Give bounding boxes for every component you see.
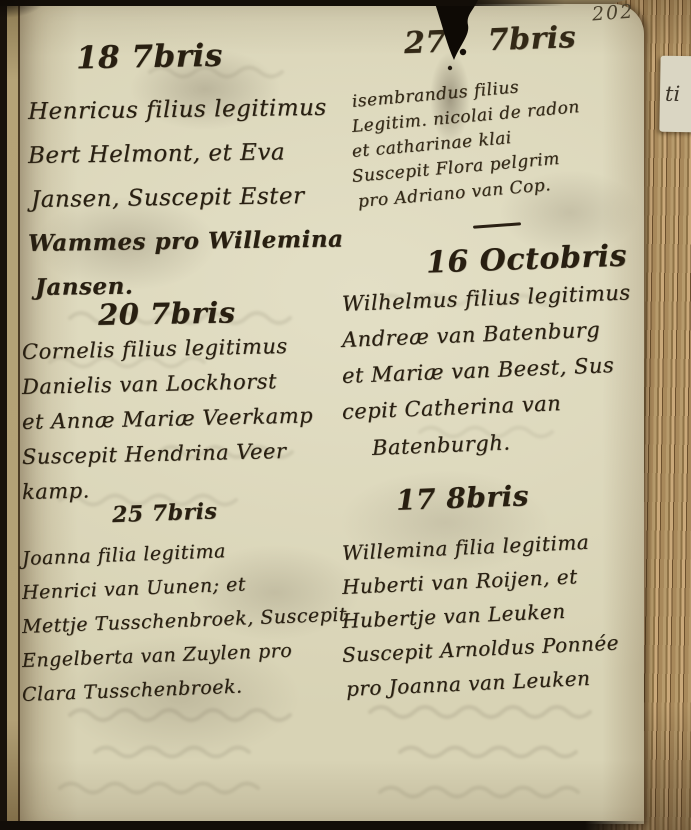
entry-date-heading: 20 7bris	[98, 292, 314, 334]
register-entry: 16 Octobris Wilhelmus filius legitimus A…	[342, 240, 631, 466]
ink-blot	[420, 0, 494, 84]
corner-smudge	[0, 0, 44, 18]
register-entry: 17 8bris Willemina filia legitima Hubert…	[342, 478, 619, 706]
book-top-edge	[0, 0, 565, 6]
register-entry: 25 7bris Joanna filia legitima Henrici v…	[22, 496, 347, 712]
book-bottom-edge	[0, 821, 650, 830]
entry-date-heading: 17 8bris	[395, 474, 619, 520]
baptism-register-scan: ti 202 18 7bris Henri	[0, 0, 691, 830]
entry-date-heading: 18 7bris	[76, 32, 344, 81]
manuscript-line: Wammes pro Willemina	[28, 218, 344, 266]
book-binding-left	[0, 0, 7, 830]
previous-page-edge	[7, 0, 20, 830]
entry-date-heading: 25 7bris	[112, 492, 348, 530]
register-entry: 20 7bris Cornelis filius legitimus Danie…	[22, 294, 313, 510]
manuscript-line: Bert Helmont, et Eva	[28, 130, 344, 178]
manuscript-line: Jansen, Suscepit Ester	[31, 174, 344, 222]
manuscript-line: Henricus filius legitimus	[28, 86, 344, 134]
page-number: 202	[591, 1, 635, 26]
register-entry: 18 7bris Henricus filius legitimus Bert …	[28, 34, 344, 310]
